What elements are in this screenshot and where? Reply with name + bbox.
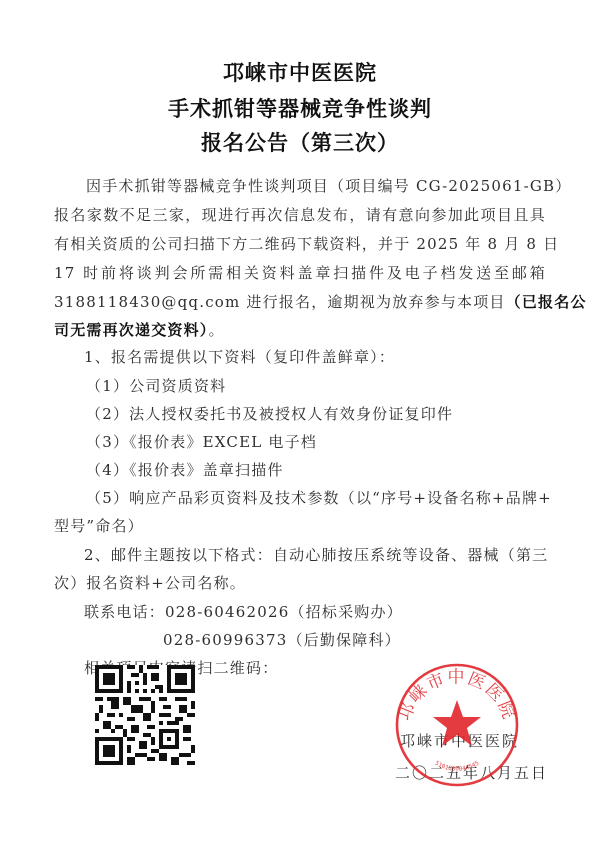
signature-org: 邛崃市中医医院 <box>400 730 519 751</box>
svg-text:邛崃市中医医院: 邛崃市中医医院 <box>395 668 519 724</box>
contact-label: 联系电话： <box>84 603 165 621</box>
qr-code[interactable] <box>95 665 195 765</box>
section1-item-2: （2）法人授权委托书及被授权人有效身份证复印件 <box>86 404 453 424</box>
contact-dept-1: （招标采购办） <box>289 603 402 621</box>
intro-bold-note-end: 司无需再次递交资料） <box>54 321 209 339</box>
intro-line-5-text: 3188118430@qq.com 进行报名，逾期视为放弃参与本项目 <box>54 293 506 311</box>
section1-heading: 1、报名需提供以下资料（复印件盖鲜章）： <box>84 347 395 367</box>
section1-item-1: （1）公司资质资料 <box>86 376 226 396</box>
seal-text: 邛崃市中医医院 <box>395 668 519 724</box>
intro-line-4: 17 时前将谈判会所需相关资料盖章扫描件及电子档发送至邮箱 <box>54 263 546 283</box>
intro-line-1: 因手术抓钳等器械竞争性谈判项目（项目编号 CG-2025061-GB） <box>86 176 546 196</box>
document-title-hospital: 邛崃市中医医院 <box>0 57 600 87</box>
section1-item-5: （5）响应产品彩页资料及技术参数（以“序号+设备名称+品牌+ <box>86 488 552 508</box>
section2-line-1: 2、邮件主题按以下格式：自动心肺按压系统等设备、器械（第三 <box>84 545 546 565</box>
contact-row-1: 联系电话：028-60462026（招标采购办） <box>84 602 403 622</box>
intro-line-2: 报名家数不足三家，现进行再次信息发布，请有意向参加此项目且具 <box>54 205 546 225</box>
contact-phone-2: 028-60996373 <box>163 631 287 649</box>
contact-row-2: 028-60996373（后勤保障科） <box>163 630 401 650</box>
intro-end-punct: 。 <box>209 321 225 339</box>
intro-bold-note-start: （已报名公 <box>506 293 587 311</box>
intro-line-6: 司无需再次递交资料）。 <box>54 320 225 340</box>
intro-line-5: 3188118430@qq.com 进行报名，逾期视为放弃参与本项目（已报名公 <box>54 292 587 312</box>
contact-phone-1: 028-60462026 <box>165 603 289 621</box>
intro-line-3: 有相关资质的公司扫描下方二维码下载资料，并于 2025 年 8 月 8 日 <box>54 234 546 254</box>
document-title-project: 手术抓钳等器械竞争性谈判 <box>0 93 600 123</box>
qr-code-icon <box>95 665 195 765</box>
section1-item-4: （4）《报价表》盖章扫描件 <box>86 460 284 480</box>
section1-item-3: （3）《报价表》EXCEL 电子档 <box>86 432 317 452</box>
contact-dept-2: （后勤保障科） <box>287 631 400 649</box>
signature-date: 二〇二五年八月五日 <box>395 762 548 783</box>
section1-item-5-cont: 型号”命名） <box>54 516 144 536</box>
document-title-notice: 报名公告（第三次） <box>0 127 600 157</box>
section2-line-2: 次）报名资料+公司名称。 <box>54 573 246 593</box>
